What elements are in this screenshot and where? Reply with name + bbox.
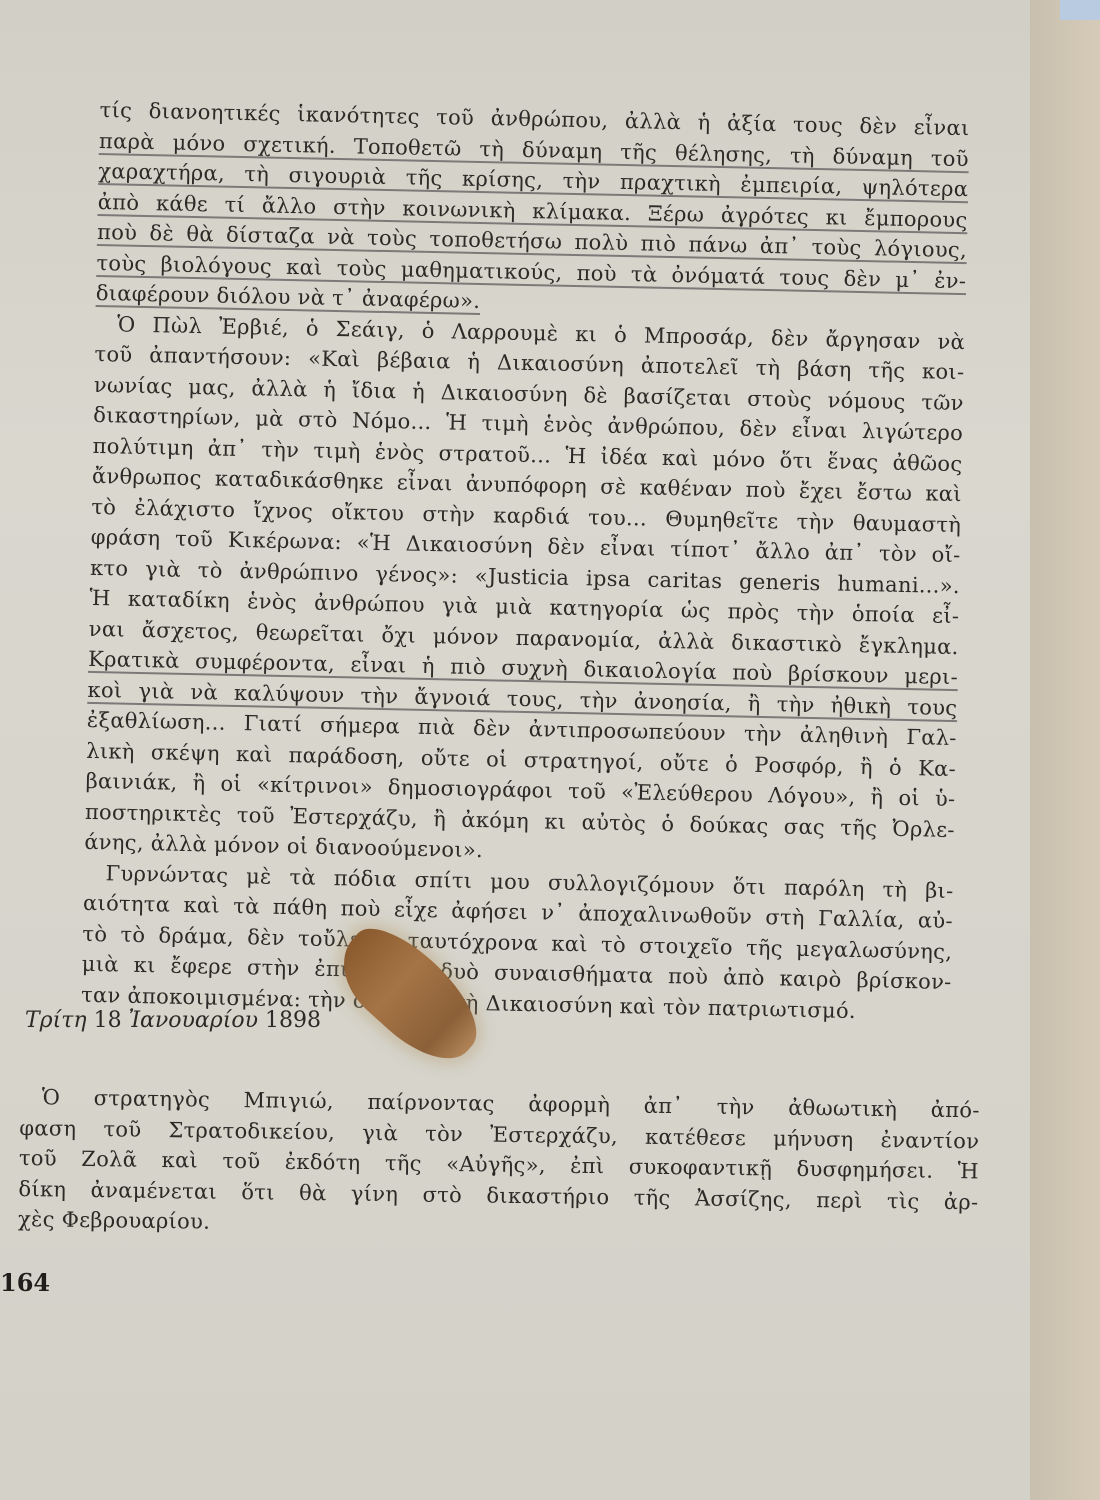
section-dateline: Τρίτη 18 Ἰανουαρίου 1898	[25, 1008, 321, 1033]
book-page: τίς διανοητικές ἱκανότητες τοῦ ἀνθρώπου,…	[0, 0, 1065, 1500]
dateline-year: 1898	[265, 1008, 321, 1033]
dateline-month: Ἰανουαρίου	[129, 1008, 258, 1033]
background-corner	[1060, 0, 1100, 20]
adjacent-page-edge	[1030, 0, 1100, 1500]
line-text: άνης, ἀλλὰ μόνον οἱ διανοούμενοι».	[84, 830, 483, 862]
dateline-day: 18	[94, 1008, 122, 1033]
line-text: χὲς Φεβρουαρίου.	[18, 1207, 210, 1234]
main-text-block: τίς διανοητικές ἱκανότητες τοῦ ἀνθρώπου,…	[81, 95, 970, 1028]
underlined-text: διαφέρουν διόλου νὰ τ᾿ ἀναφέρω».	[96, 281, 481, 313]
dateline-weekday: Τρίτη	[25, 1008, 87, 1033]
page-number: 164	[0, 1268, 50, 1297]
section-body: Ὁ στρατηγὸς Μπιγιώ, παίρνοντας ἀφορμὴ ἀπ…	[18, 1082, 980, 1248]
